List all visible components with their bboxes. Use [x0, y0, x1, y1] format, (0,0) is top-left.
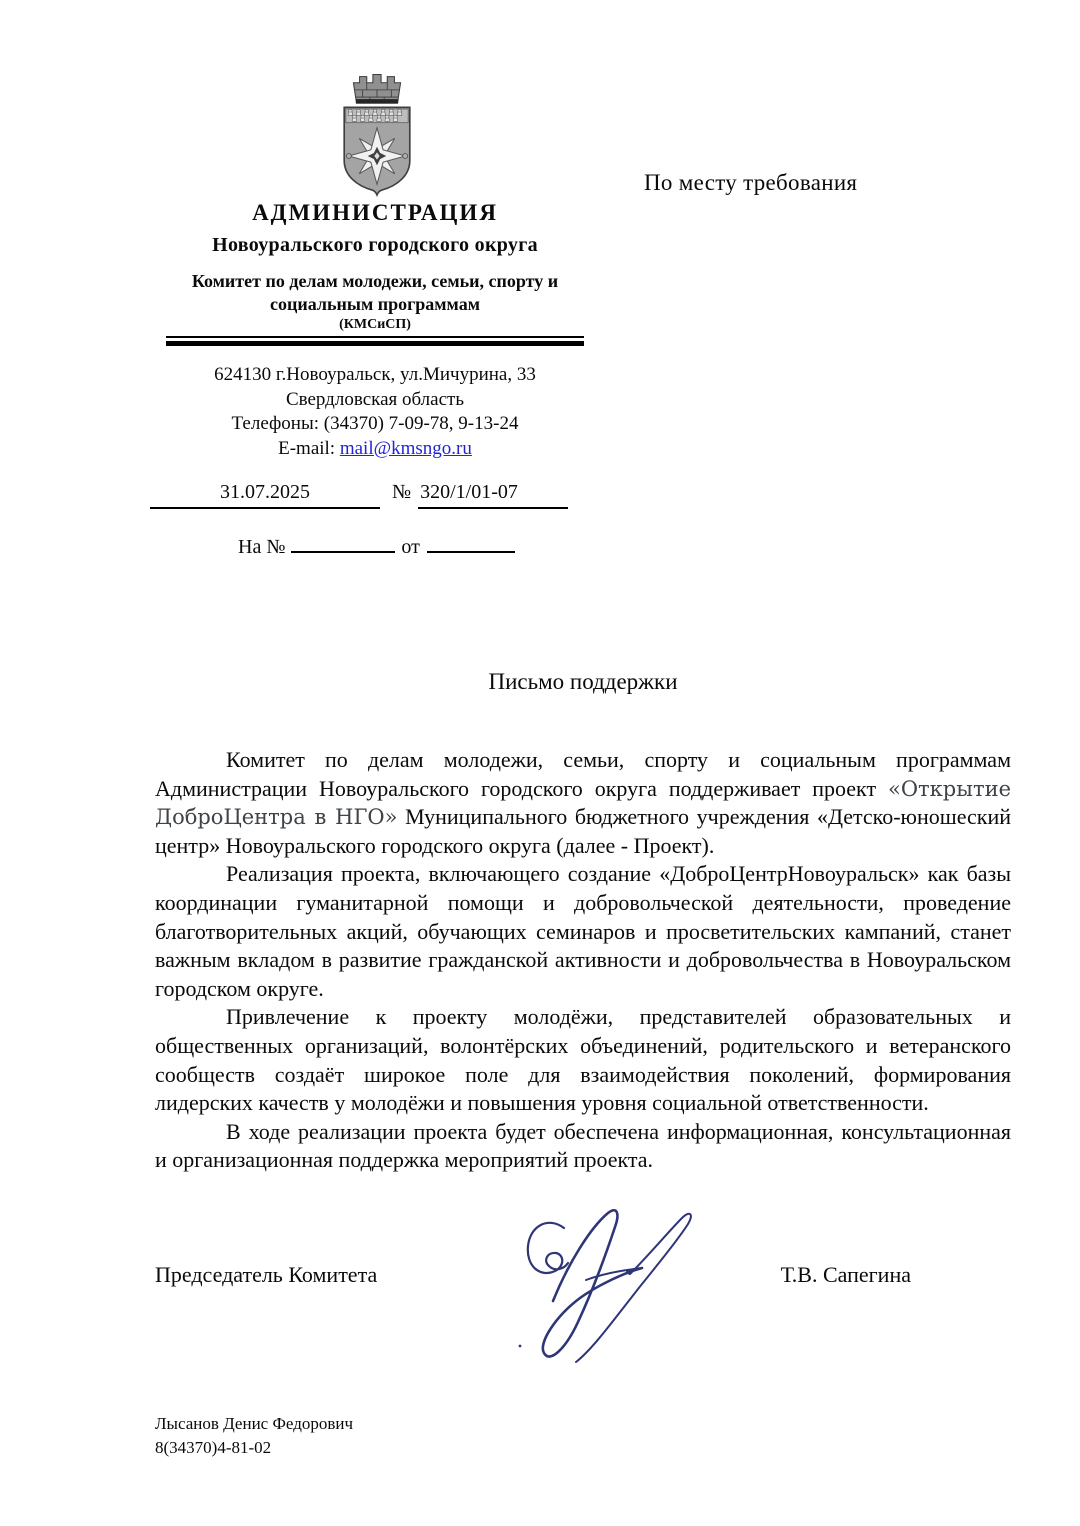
- header-rule-thin: [166, 336, 584, 338]
- email-label: E-mail:: [278, 438, 335, 459]
- paragraph-1: Комитет по делам молодежи, семьи, спорту…: [155, 746, 1011, 860]
- address-block: 624130 г.Новоуральск, ул.Мичурина, 33 Св…: [120, 363, 630, 461]
- email-line: E-mail: mail@kmsngo.ru: [120, 437, 630, 462]
- department-abbr: (КМСиСП): [120, 317, 630, 333]
- letter-number: 320/1/01-07: [418, 481, 568, 509]
- signer-position: Председатель Комитета: [155, 1262, 377, 1288]
- org-name-line2: Новоуральского городского округа: [120, 234, 630, 257]
- department-line2: социальным программам: [140, 293, 610, 316]
- letterhead: АДМИНИСТРАЦИЯ Новоуральского городского …: [120, 200, 630, 346]
- reply-number-blank: [291, 533, 395, 553]
- address-line2: Свердловская область: [120, 388, 630, 413]
- paragraph-1-text: Комитет по делам молодежи, семьи, спорту…: [155, 747, 1011, 801]
- paragraph-3: Привлечение к проекту молодёжи, представ…: [155, 1003, 1011, 1117]
- reply-reference-line: На №от: [238, 533, 515, 559]
- executor-name: Лысанов Денис Федорович: [155, 1412, 353, 1436]
- addressee-line: По месту требования: [644, 170, 857, 196]
- executor-phone: 8(34370)4-81-02: [155, 1436, 353, 1460]
- signer-name: Т.В. Сапегина: [781, 1262, 911, 1288]
- paragraph-2: Реализация проекта, включающего создание…: [155, 860, 1011, 1003]
- header-rule-thick: [166, 341, 584, 346]
- document-title: Письмо поддержки: [155, 669, 1011, 695]
- address-line1: 624130 г.Новоуральск, ул.Мичурина, 33: [120, 363, 630, 388]
- letter-page: По месту требования АДМИНИСТРАЦИЯ Новоур…: [0, 0, 1080, 1526]
- reference-line: 31.07.2025№320/1/01-07: [150, 481, 568, 509]
- coat-of-arms-icon: [336, 72, 418, 198]
- paragraph-4: В ходе реализации проекта будет обеспече…: [155, 1118, 1011, 1175]
- executor-block: Лысанов Денис Федорович 8(34370)4-81-02: [155, 1412, 353, 1460]
- reply-date-blank: [427, 533, 515, 553]
- signing-row: Председатель Комитета Т.В. Сапегина: [155, 1262, 1011, 1288]
- letter-date: 31.07.2025: [150, 481, 380, 509]
- department-line1: Комитет по делам молодежи, семьи, спорту…: [140, 270, 610, 293]
- letter-body: Комитет по делам молодежи, семьи, спорту…: [155, 746, 1011, 1175]
- email-link[interactable]: mail@kmsngo.ru: [340, 438, 472, 459]
- reply-from-label: от: [401, 536, 419, 558]
- org-name-line1: АДМИНИСТРАЦИЯ: [120, 200, 630, 226]
- reply-label: На №: [238, 536, 285, 558]
- number-sign: №: [392, 481, 411, 504]
- phones-line: Телефоны: (34370) 7-09-78, 9-13-24: [120, 412, 630, 437]
